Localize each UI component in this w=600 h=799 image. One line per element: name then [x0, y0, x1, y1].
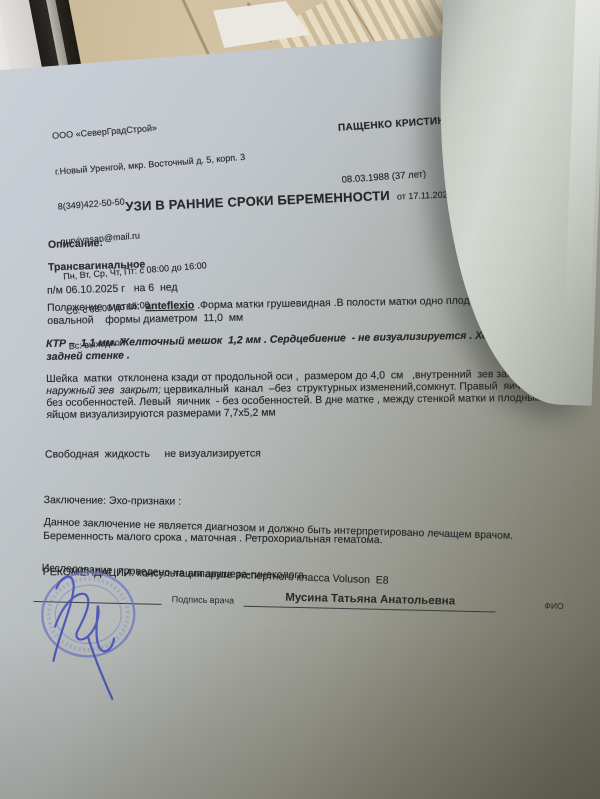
uterus-position-term: anteflexio: [145, 299, 194, 312]
fio-label: ФИО: [544, 601, 563, 614]
uterus-prefix: Положение матки:: [47, 300, 145, 314]
clinic-address: г.Новый Уренгой, мкр. Восточный д. 5, ко…: [55, 151, 246, 178]
signature-label: Подпись врача: [172, 594, 235, 606]
curled-page-edge-highlight: [565, 0, 600, 322]
signature-spacer: [506, 613, 534, 614]
description-label: Описание:: [48, 237, 103, 252]
doctor-stamp: [21, 561, 166, 715]
cervix-paragraph: Шейка матки отклонена кзади от продольно…: [46, 369, 554, 422]
clinic-name: ООО «СеверГрадСтрой»: [52, 116, 243, 143]
stamp-outer-ring-icon: [39, 569, 137, 659]
conclusion-label: Заключение: Эхо-признаки :: [44, 494, 546, 512]
photo-of-document: ООО «СеверГрадСтрой» г.Новый Уренгой, мк…: [0, 0, 600, 799]
free-fluid-line: Свободная жидкость не визуализируется: [45, 447, 261, 461]
